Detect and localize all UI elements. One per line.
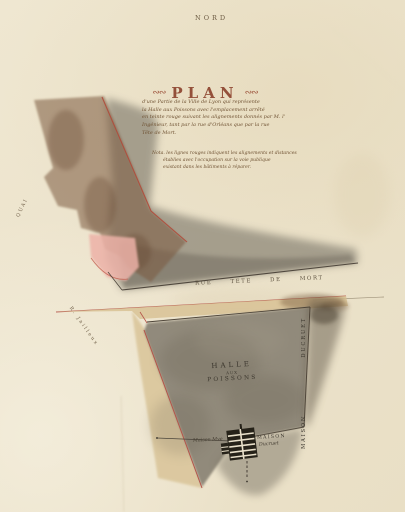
description-line: Ingénieur, tant par la rue d'Orléans que… xyxy=(142,122,285,130)
description-line: en teinte rouge suivant les alignements … xyxy=(142,114,285,122)
pink-alignment-area xyxy=(89,234,139,281)
paper-stain xyxy=(334,153,390,237)
nota-line: Nota. les lignes rouges indiquent les al… xyxy=(152,151,297,158)
dashed-axis-dot xyxy=(246,481,248,483)
nota-line: existant dans les bâtiments à réparer. xyxy=(152,165,297,172)
quay-wash-blot xyxy=(84,177,116,233)
right-edge-smudge-dark xyxy=(310,306,338,324)
measure-line-end xyxy=(156,437,158,439)
wall-label-ducruet: DUCRUET xyxy=(301,317,307,358)
maison-ducruet-vertical-label: MAISON DUCRUET xyxy=(301,317,307,449)
plan-scan: NORD ∾∾ PLAN ∾∾ d'une Partie de la Ville… xyxy=(0,0,405,512)
halle-block-texture xyxy=(225,375,305,425)
title-flourish-right: ∾∾ xyxy=(245,88,258,98)
title-description: d'une Partie de la Ville de Lyon qui rep… xyxy=(142,99,285,138)
fold-crease xyxy=(121,396,124,512)
nota-line: établies avec l'occupation sur la voie p… xyxy=(152,158,297,165)
description-line: Tête de Mort. xyxy=(142,130,285,138)
halle-aux-poissons-label: HALLE AUX POISSONS xyxy=(196,359,267,384)
north-label: NORD xyxy=(195,14,228,22)
halle-block-texture xyxy=(150,395,210,455)
description-line: d'une Partie de la Ville de Lyon qui rep… xyxy=(142,99,285,107)
nota-block: Nota. les lignes rouges indiquent les al… xyxy=(152,151,297,171)
fold-crease xyxy=(332,28,405,92)
map-drawing xyxy=(0,0,405,512)
title-flourish-left: ∾∾ xyxy=(152,88,165,98)
quay-wash-blot xyxy=(48,110,84,170)
halle-block-texture xyxy=(195,320,285,360)
wall-label-maison: MAISON xyxy=(301,415,307,449)
